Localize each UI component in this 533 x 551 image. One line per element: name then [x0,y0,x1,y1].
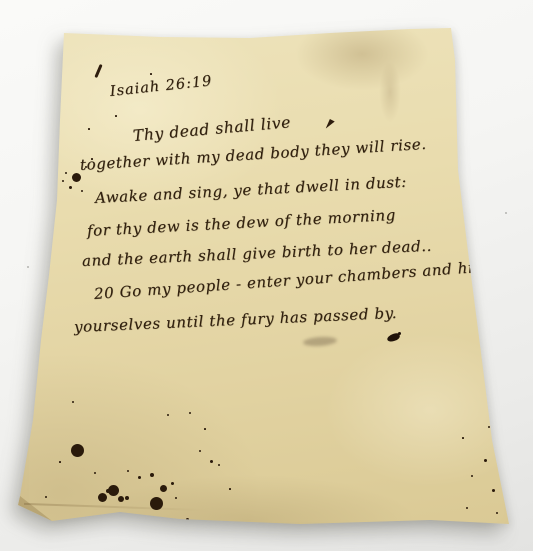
ink-splatter [88,128,90,130]
ink-splatter [484,459,487,462]
handwritten-text: Isaiah 26:19 Thy dead shall live togethe… [0,0,533,551]
ink-splatter [471,475,473,477]
ink-splatter [91,158,93,160]
ink-splatter [210,460,213,463]
pen-tick-mark [94,64,102,78]
ink-splatter [150,73,152,75]
ink-splatter [150,473,154,477]
manuscript-line: Thy dead shall live [132,113,291,145]
verse-reference: Isaiah 26:19 [109,73,213,100]
photo: Isaiah 26:19 Thy dead shall live togethe… [0,0,533,551]
ink-splatter [466,507,468,509]
ink-splatter [65,172,67,174]
ink-splatter [71,444,84,457]
ink-splatter [59,461,61,463]
ink-splatter [189,412,191,414]
arrowhead-ink-mark [324,118,335,128]
ink-splatter [175,497,177,499]
ink-splatter [186,518,189,521]
parchment-paper: Isaiah 26:19 Thy dead shall live togethe… [0,0,533,551]
ink-splatter [125,496,129,500]
ink-blot-dot [398,332,401,335]
parchment-paper-shadow: Isaiah 26:19 Thy dead shall live togethe… [0,0,533,551]
ink-splatter [496,512,498,514]
ink-splatter [127,470,129,472]
ink-splatter [118,496,124,502]
ink-splatter [204,428,206,430]
manuscript-line: Awake and sing, ye that dwell in dust: [95,173,408,207]
manuscript-line: together with my dead body they will ris… [79,135,427,174]
ink-splatter [81,190,83,192]
ink-splatter [138,476,141,479]
ink-splatter [85,166,87,168]
manuscript-line: yourselves until the fury has passed by. [74,304,398,336]
ink-splatter [106,489,110,493]
ink-splatter [62,180,64,182]
ink-splatter [488,426,490,428]
ink-splatter [94,472,96,474]
ink-splatter [229,488,231,490]
ink-splatter [72,173,81,182]
ink-smudge [303,336,338,347]
ink-splatter [462,437,464,439]
ink-splatter [199,450,201,452]
ink-splatter [171,482,174,485]
ink-splatter [69,186,72,189]
ink-splatter [150,497,163,510]
ink-splatter [492,489,495,492]
ink-splatter [167,414,169,416]
ink-splatter [72,401,74,403]
ink-splatter [45,496,47,498]
ink-splatter [218,464,220,466]
ink-splatter [115,115,117,117]
ink-splatter [160,485,167,492]
manuscript-line: for thy dew is the dew of the morning [87,206,397,240]
ink-splatter [98,493,107,502]
